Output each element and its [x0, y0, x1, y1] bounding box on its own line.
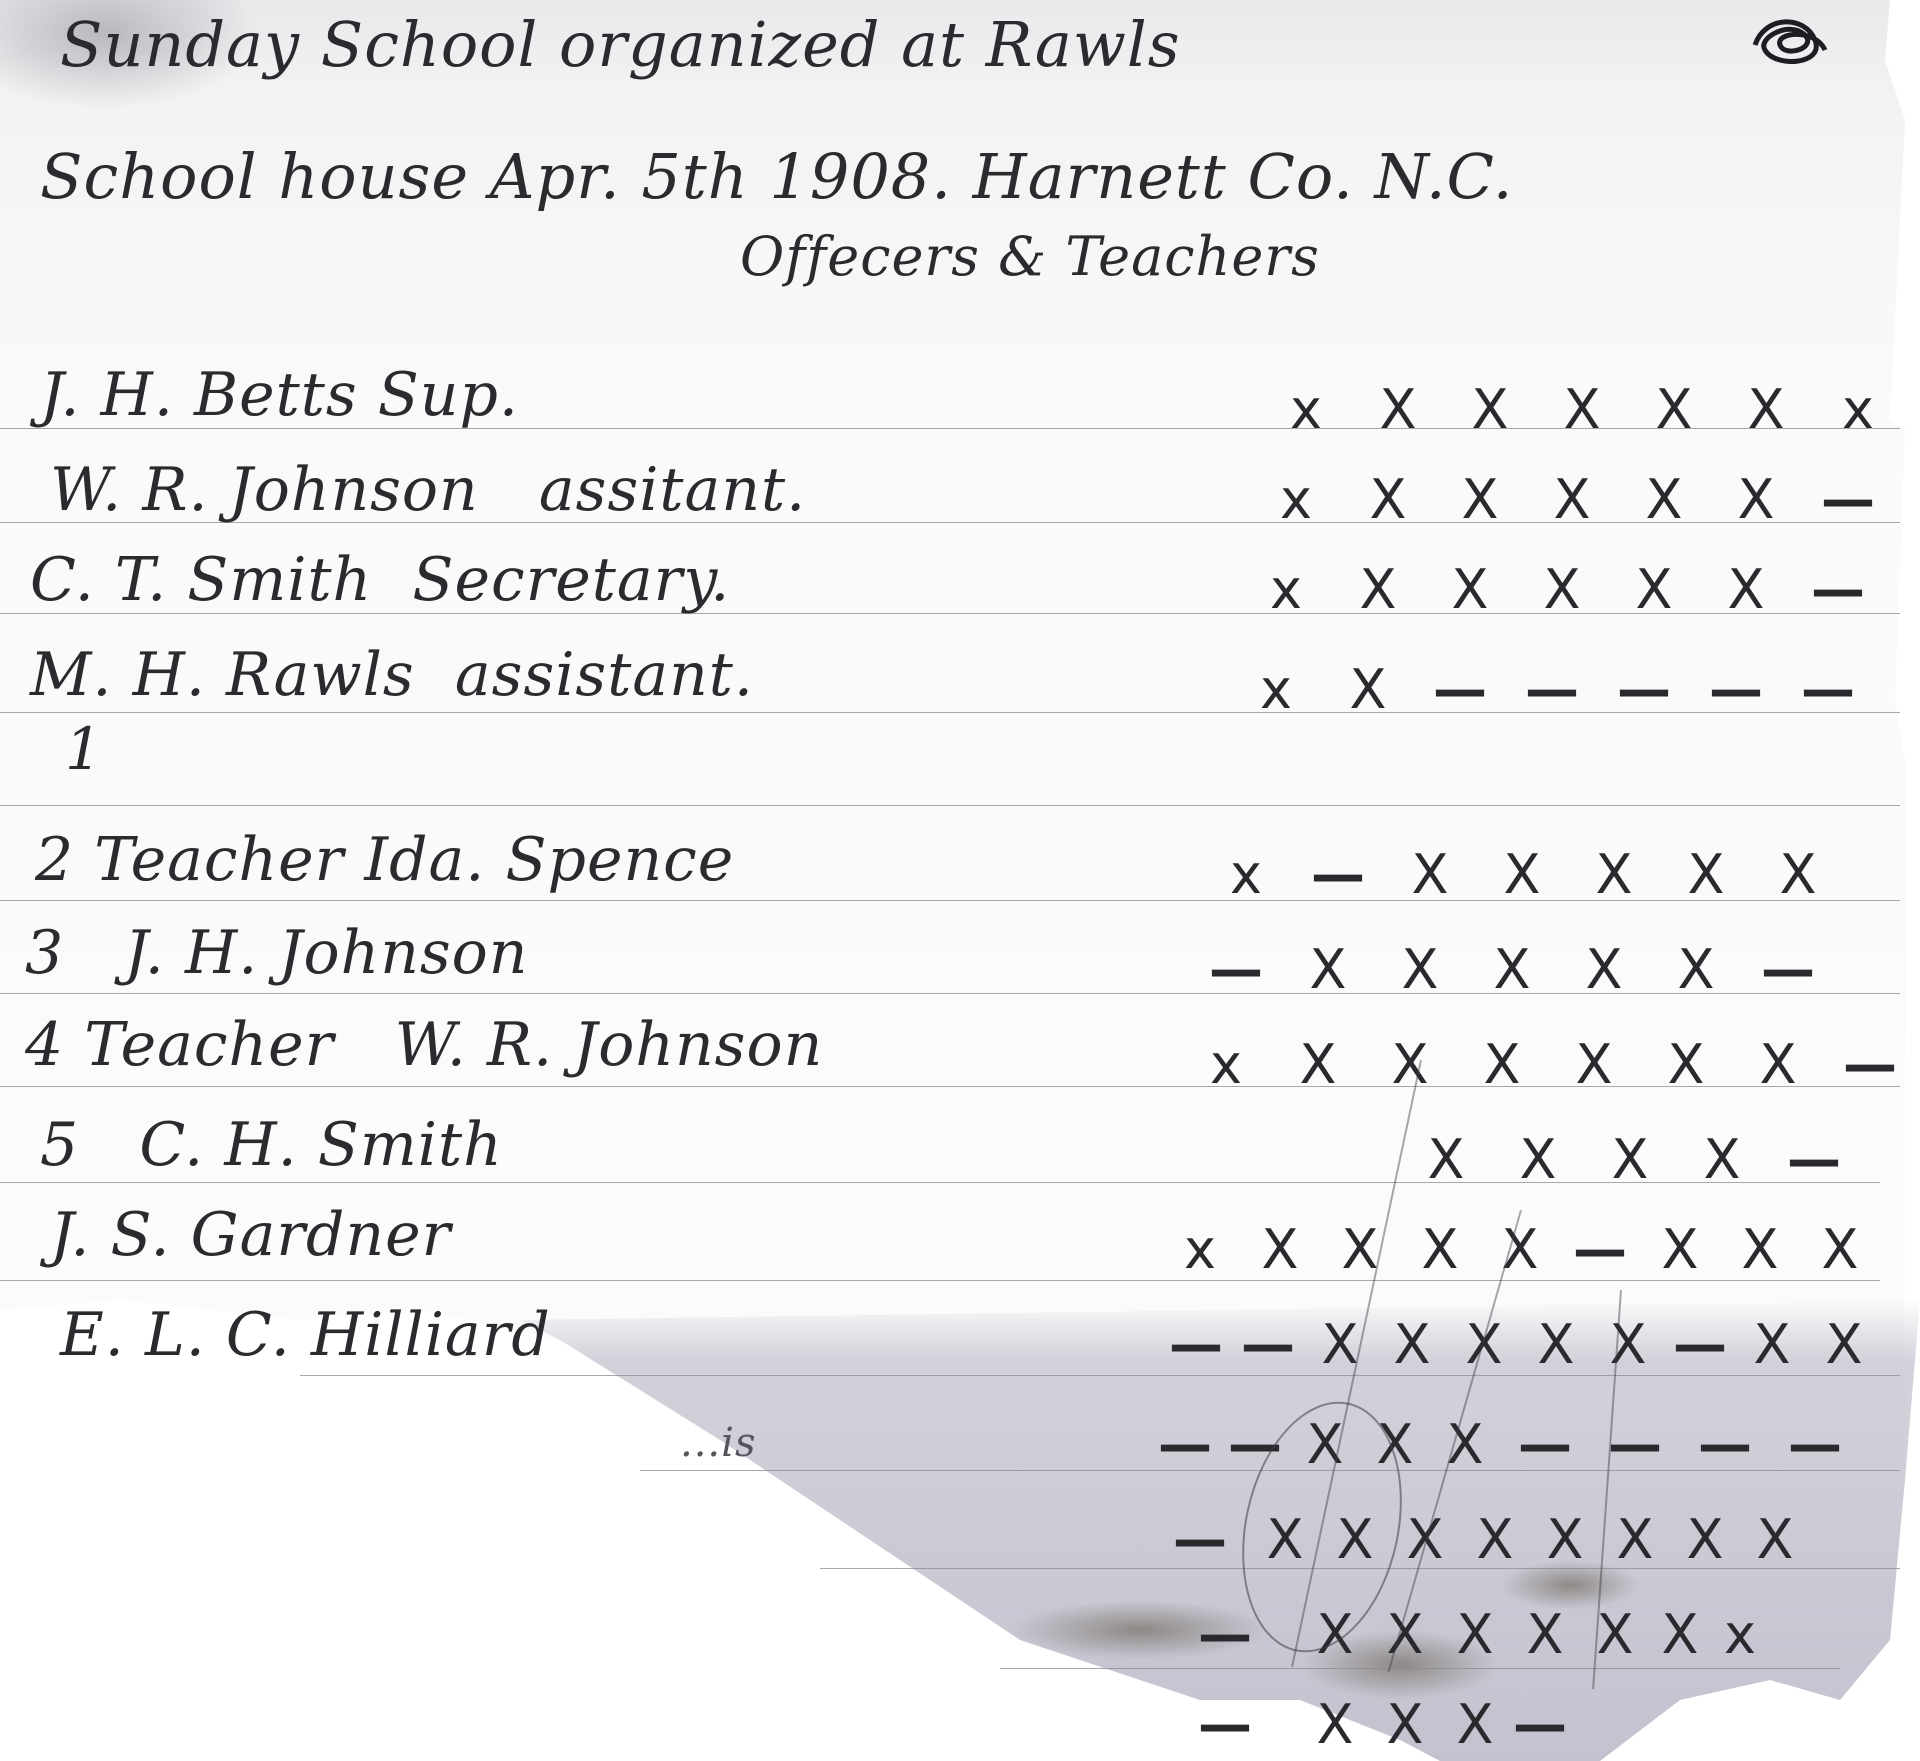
attendance-mark: X: [1282, 940, 1374, 1000]
class-entry: 4 Teacher W. R. Johnson: [25, 1010, 823, 1080]
class-name: C. H. Smith: [139, 1110, 502, 1180]
attendance-mark: X: [1342, 470, 1434, 530]
attendance-mark: X: [1752, 845, 1844, 905]
attendance-mark: X: [1300, 1695, 1370, 1755]
attendance-mark: X: [1650, 1605, 1710, 1665]
officer-name: W. R. Johnson: [50, 455, 479, 525]
attendance-mark: X: [1520, 1315, 1592, 1375]
attendance-marks: x X X X X X —: [1240, 560, 1884, 620]
attendance-mark: —: [1664, 1315, 1736, 1375]
class-entry-fragment: ...is: [680, 1420, 756, 1466]
class-name: W. R. Johnson: [395, 1010, 824, 1080]
attendance-mark: —: [1802, 470, 1894, 530]
attendance-mark: —: [1680, 1415, 1770, 1475]
attendance-mark: —: [1782, 660, 1874, 720]
attendance-mark: X: [1434, 470, 1526, 530]
class-name: E. L. C. Hilliard: [60, 1300, 551, 1370]
attendance-marks: x X X X X X —: [1250, 470, 1894, 530]
attendance-mark: X: [1720, 1220, 1800, 1280]
attendance-marks: X X X X —: [1400, 1130, 1860, 1190]
document-title-line-1: Sunday School organized at Rawls: [60, 8, 1181, 81]
class-name: J. H. Johnson: [124, 918, 528, 988]
attendance-marks: x — X X X X X: [1200, 845, 1844, 905]
attendance-mark: —: [1150, 1695, 1300, 1755]
class-number: 5: [40, 1110, 79, 1180]
attendance-mark: X: [1516, 560, 1608, 620]
attendance-mark: X: [1440, 1695, 1510, 1755]
officer-entry: W. R. Johnson assitant.: [50, 455, 806, 525]
attendance-marks: x X X X X X X —: [1180, 1035, 1916, 1095]
attendance-mark: x: [1710, 1605, 1770, 1665]
attendance-mark: x: [1180, 1035, 1272, 1095]
attendance-mark: X: [1720, 380, 1812, 440]
attendance-mark: X: [1440, 1605, 1510, 1665]
attendance-marks: — — X X X — — — —: [1150, 1415, 1860, 1475]
class-entry: J. S. Gardner: [50, 1200, 451, 1270]
officer-role: assistant.: [455, 640, 754, 710]
attendance-mark: —: [1560, 1220, 1640, 1280]
attendance-mark: X: [1800, 1220, 1880, 1280]
attendance-marks: — X X X X X —: [1190, 940, 1834, 1000]
attendance-mark: X: [1240, 1220, 1320, 1280]
attendance-mark: X: [1640, 1035, 1732, 1095]
attendance-mark: X: [1618, 470, 1710, 530]
attendance-mark: —: [1292, 845, 1384, 905]
attendance-mark: X: [1272, 1035, 1364, 1095]
ink-scribble-icon: [1745, 10, 1835, 70]
attendance-mark: X: [1650, 940, 1742, 1000]
attendance-mark: X: [1430, 1415, 1500, 1475]
class-label: Teacher: [94, 825, 344, 895]
attendance-mark: x: [1240, 560, 1332, 620]
ruled-line: [0, 805, 1900, 806]
attendance-mark: x: [1230, 660, 1322, 720]
attendance-mark: X: [1320, 1220, 1400, 1280]
attendance-mark: X: [1370, 1695, 1440, 1755]
attendance-mark: X: [1384, 845, 1476, 905]
attendance-mark: X: [1736, 1315, 1808, 1375]
attendance-mark: —: [1824, 1035, 1916, 1095]
attendance-mark: X: [1480, 1220, 1560, 1280]
attendance-mark: X: [1584, 1130, 1676, 1190]
attendance-mark: X: [1628, 380, 1720, 440]
attendance-mark: X: [1580, 1605, 1650, 1665]
attendance-mark: —: [1150, 1415, 1220, 1475]
attendance-marks: x X X X X — X X X: [1160, 1220, 1880, 1280]
attendance-mark: X: [1456, 1035, 1548, 1095]
attendance-mark: —: [1150, 1510, 1250, 1570]
officer-role: Sup.: [378, 360, 519, 430]
attendance-mark: X: [1376, 1315, 1448, 1375]
class-number: 3: [25, 918, 64, 988]
officer-entry: M. H. Rawls assistant.: [30, 640, 754, 710]
attendance-mark: X: [1676, 1130, 1768, 1190]
attendance-mark: X: [1322, 660, 1414, 720]
officer-name: C. T. Smith: [30, 545, 372, 615]
attendance-mark: X: [1808, 1315, 1880, 1375]
class-entry: 2 Teacher Ida. Spence: [35, 825, 734, 895]
attendance-mark: X: [1530, 1510, 1600, 1570]
attendance-mark: X: [1352, 380, 1444, 440]
attendance-mark: —: [1232, 1315, 1304, 1375]
class-entry: 5 C. H. Smith: [40, 1110, 503, 1180]
attendance-marks: — — X X X X X — X X: [1160, 1315, 1880, 1375]
officer-entry: C. T. Smith Secretary.: [30, 545, 730, 615]
attendance-mark: —: [1768, 1130, 1860, 1190]
class-number: 1: [65, 715, 103, 783]
attendance-mark: X: [1670, 1510, 1740, 1570]
attendance-mark: X: [1740, 1510, 1810, 1570]
attendance-mark: X: [1568, 845, 1660, 905]
attendance-mark: x: [1250, 470, 1342, 530]
attendance-mark: —: [1590, 1415, 1680, 1475]
attendance-mark: x: [1260, 380, 1352, 440]
class-number: 4: [25, 1010, 64, 1080]
class-name: Ida. Spence: [364, 825, 734, 895]
attendance-mark: X: [1460, 1510, 1530, 1570]
attendance-mark: X: [1424, 560, 1516, 620]
officer-role: assitant.: [539, 455, 806, 525]
attendance-mark: X: [1558, 940, 1650, 1000]
attendance-mark: X: [1732, 1035, 1824, 1095]
attendance-mark: X: [1600, 1510, 1670, 1570]
attendance-mark: X: [1660, 845, 1752, 905]
attendance-mark: X: [1710, 470, 1802, 530]
class-number: 2: [35, 825, 74, 895]
attendance-mark: —: [1500, 1415, 1590, 1475]
ruled-line: [300, 1375, 1900, 1376]
attendance-mark: X: [1548, 1035, 1640, 1095]
officer-entry: J. H. Betts Sup.: [40, 360, 519, 430]
attendance-mark: —: [1792, 560, 1884, 620]
class-name: J. S. Gardner: [50, 1200, 451, 1270]
class-label: Teacher: [84, 1010, 334, 1080]
attendance-mark: X: [1536, 380, 1628, 440]
attendance-mark: X: [1332, 560, 1424, 620]
attendance-mark: X: [1492, 1130, 1584, 1190]
attendance-mark: —: [1160, 1315, 1232, 1375]
attendance-marks: x X — — — — —: [1230, 660, 1874, 720]
attendance-mark: X: [1592, 1315, 1664, 1375]
ruled-line: [1000, 1668, 1840, 1669]
attendance-mark: —: [1190, 940, 1282, 1000]
attendance-mark: x: [1812, 380, 1904, 440]
attendance-mark: X: [1700, 560, 1792, 620]
class-entry: 3 J. H. Johnson: [25, 918, 528, 988]
attendance-mark: X: [1466, 940, 1558, 1000]
attendance-mark: x: [1200, 845, 1292, 905]
attendance-mark: X: [1476, 845, 1568, 905]
class-entry: E. L. C. Hilliard: [60, 1300, 551, 1370]
attendance-mark: X: [1526, 470, 1618, 530]
attendance-mark: X: [1510, 1605, 1580, 1665]
officer-name: M. H. Rawls: [30, 640, 415, 710]
attendance-mark: X: [1400, 1220, 1480, 1280]
attendance-mark: —: [1598, 660, 1690, 720]
attendance-mark: X: [1608, 560, 1700, 620]
officer-role: Secretary.: [412, 545, 730, 615]
attendance-mark: X: [1444, 380, 1536, 440]
document-title-line-2: School house Apr. 5th 1908. Harnett Co. …: [40, 140, 1513, 213]
attendance-mark: x: [1160, 1220, 1240, 1280]
attendance-mark: —: [1506, 660, 1598, 720]
attendance-marks: x X X X X X x: [1260, 380, 1904, 440]
attendance-marks: — X X X —: [1150, 1695, 1570, 1755]
attendance-marks: — X X X X X X x: [1150, 1605, 1770, 1665]
attendance-mark: X: [1640, 1220, 1720, 1280]
officer-name: J. H. Betts: [40, 360, 358, 430]
attendance-mark: —: [1414, 660, 1506, 720]
attendance-mark: X: [1448, 1315, 1520, 1375]
attendance-mark: X: [1400, 1130, 1492, 1190]
attendance-mark: —: [1770, 1415, 1860, 1475]
attendance-mark: —: [1510, 1695, 1570, 1755]
attendance-mark: —: [1742, 940, 1834, 1000]
attendance-mark: X: [1364, 1035, 1456, 1095]
attendance-mark: —: [1690, 660, 1782, 720]
attendance-mark: X: [1374, 940, 1466, 1000]
document-subtitle: Offecers & Teachers: [740, 225, 1320, 288]
